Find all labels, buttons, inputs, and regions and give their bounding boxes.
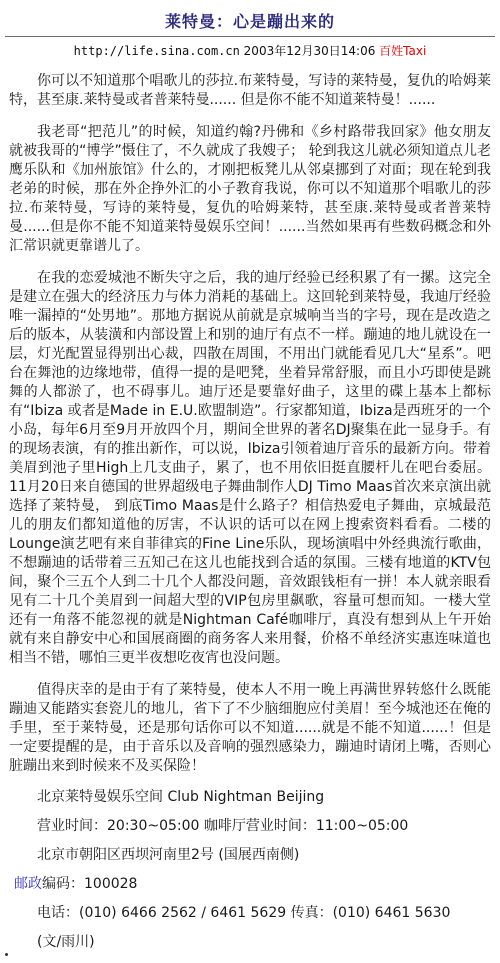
source-url: http://life.sina.com.cn (74, 44, 240, 58)
title-divider (5, 36, 495, 37)
article-body: 你可以不知道那个唱歌儿的莎拉.布莱特曼，写诗的莱特曼，复仇的哈姆莱特，甚至康.莱… (9, 72, 491, 776)
postal-code-line: 邮政编码：100028 (9, 876, 491, 892)
paragraph-conclusion: 值得庆幸的是由于有了莱特曼，使本人不用一晚上再满世界转悠什么既能蹦迪又能踏实套瓷… (9, 681, 491, 776)
address-line: 北京市朝阳区西坝河南里2号 (国展西南侧) (9, 847, 491, 863)
byline: (文/雨川) (9, 934, 491, 950)
page-title: 莱特曼：心是蹦出来的 (9, 9, 491, 32)
article-page: 莱特曼：心是蹦出来的 http://life.sina.com.cn 2003年… (0, 9, 500, 950)
postal-link[interactable]: 邮政 (14, 876, 42, 892)
club-name-line: 北京莱特曼娱乐空间 Club Nightman Beijing (9, 789, 491, 805)
paragraph-family-story: 我老哥“把范儿”的时候，知道约翰?丹佛和《乡村路带我回家》他女朋友就被我哥的“博… (9, 123, 491, 256)
stray-bullet-dot (5, 953, 8, 956)
paragraph-club-description: 在我的恋爱城池不断失守之后，我的迪厅经验已经积累了有一摞。这完全是建立在强大的经… (9, 269, 491, 668)
postal-code-text: 编码：100028 (42, 876, 137, 892)
paragraph-intro: 你可以不知道那个唱歌儿的莎拉.布莱特曼，写诗的莱特曼，复仇的哈姆莱特，甚至康.莱… (9, 72, 491, 110)
contact-info: 北京莱特曼娱乐空间 Club Nightman Beijing 营业时间：20:… (9, 789, 491, 950)
article-meta: http://life.sina.com.cn 2003年12月30日14:06… (9, 42, 491, 59)
business-hours-line: 营业时间：20:30~05:00 咖啡厅营业时间：11:00~05:00 (9, 818, 491, 834)
phone-fax-line: 电话：(010) 6466 2562 / 6461 5629 传真：(010) … (9, 905, 491, 921)
publish-datetime: 2003年12月30日14:06 (244, 44, 376, 58)
source-name-link[interactable]: 百姓Taxi (379, 44, 426, 58)
